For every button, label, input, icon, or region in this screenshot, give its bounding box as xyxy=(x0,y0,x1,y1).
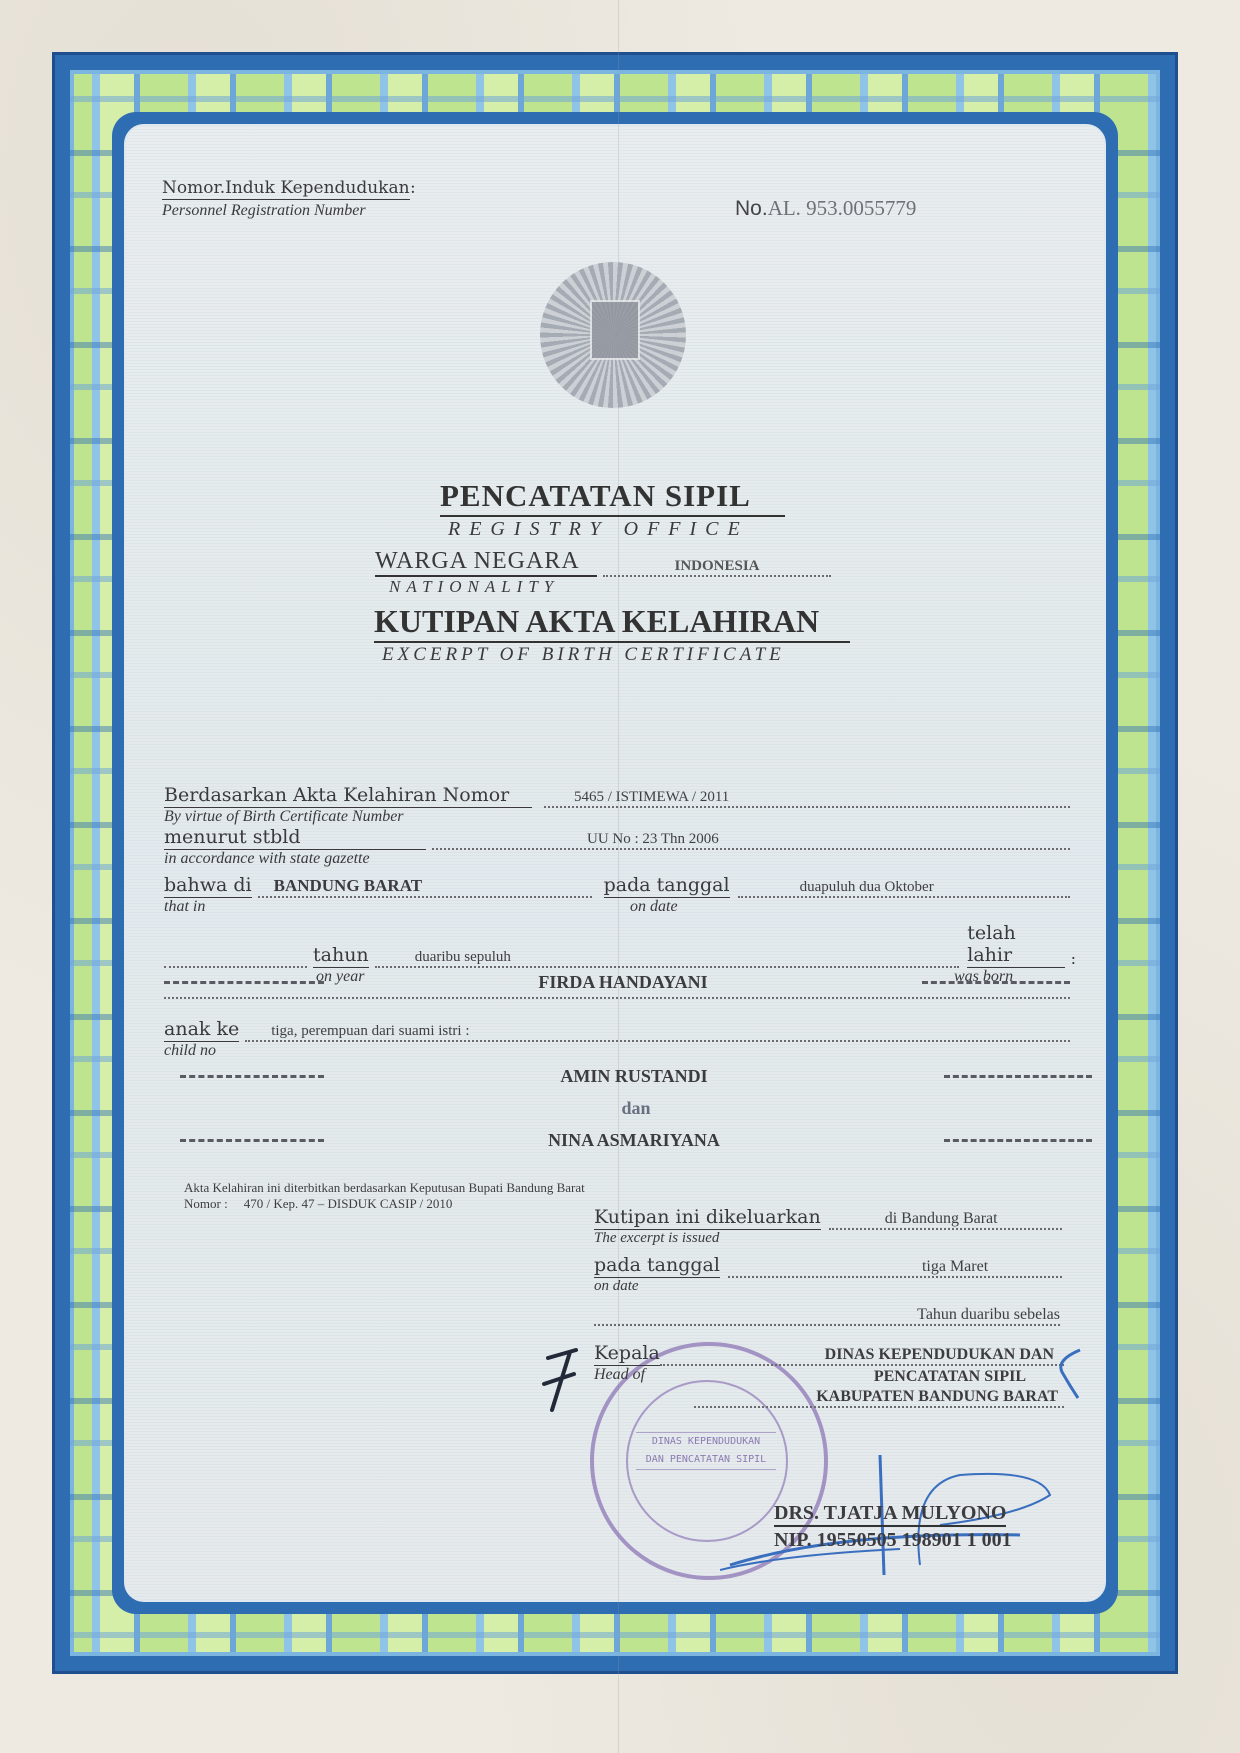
decree-line1: Akta Kelahiran ini diterbitkan berdasark… xyxy=(184,1180,585,1196)
head-of-row: Kepala DINAS KEPENDUDUKAN DAN Head of PE… xyxy=(594,1342,1064,1408)
nationality-row: WARGA NEGARA INDONESIA NATIONALITY xyxy=(375,548,831,597)
office-line1: DINAS KEPENDUDUKAN DAN xyxy=(825,1346,1054,1363)
nik-label-id: Nomor.Induk Kependudukan xyxy=(162,178,410,200)
official-block: DRS. TJATJA MULYONO NIP. 19550505 198901… xyxy=(774,1502,1012,1552)
place-label-en: that in xyxy=(164,898,630,916)
place-value: BANDUNG BARAT xyxy=(274,876,422,895)
head-label-id: Kepala xyxy=(594,1342,660,1366)
year-value: duaribu sepuluh xyxy=(415,949,511,965)
field-child-no: anak ke tiga, perempuan dari suami istri… xyxy=(164,1018,1070,1060)
birth-date-value: duapuluh dua Oktober xyxy=(800,879,934,895)
office-title-id: PENCATATAN SIPIL xyxy=(440,478,785,517)
issued-place: di Bandung Barat xyxy=(885,1210,998,1227)
child-no-label-id: anak ke xyxy=(164,1018,239,1042)
nationality-value: INDONESIA xyxy=(674,558,759,574)
conjunction-row: dan xyxy=(180,1098,1092,1119)
issued-year-value: Tahun duaribu sebelas xyxy=(917,1306,1060,1323)
serial-number: No.AL. 953.0055779 xyxy=(735,196,916,221)
nik-label: Nomor.Induk Kependudukan: Personnel Regi… xyxy=(162,178,416,220)
child-name: FIRDA HANDAYANI xyxy=(538,972,707,992)
blue-check-mark-icon xyxy=(1052,1346,1086,1410)
issued-date-value: tiga Maret xyxy=(922,1258,988,1275)
year-label-id: tahun xyxy=(313,944,369,968)
place-label-id: bahwa di xyxy=(164,874,252,898)
official-nip: NIP. 19550505 198901 1 001 xyxy=(774,1529,1012,1552)
issued-date-row: pada tanggal tiga Maret on date xyxy=(594,1254,1062,1295)
nationality-label-en: NATIONALITY xyxy=(389,577,831,597)
child-name-row: FIRDA HANDAYANI xyxy=(164,972,1070,999)
mother-row: NINA ASMARIYANA xyxy=(180,1130,1092,1151)
issued-date-label-id: pada tanggal xyxy=(594,1254,720,1278)
serial-prefix: No. xyxy=(735,197,768,220)
field-cert-number: Berdasarkan Akta Kelahiran Nomor 5465 / … xyxy=(164,784,1070,826)
garuda-shield-icon xyxy=(590,300,640,360)
gazette-label-en: in accordance with state gazette xyxy=(164,850,1070,868)
birth-date-label-en: on date xyxy=(630,898,678,916)
office-line3: KABUPATEN BANDUNG BARAT xyxy=(816,1388,1058,1405)
child-no-value: tiga, perempuan dari suami istri : xyxy=(271,1023,469,1039)
issued-year-row: Tahun duaribu sebelas xyxy=(594,1304,1060,1326)
serial-value: AL. 953.0055779 xyxy=(768,196,917,220)
field-place-date: bahwa di BANDUNG BARAT pada tanggal duap… xyxy=(164,874,1070,916)
document-title-id: KUTIPAN AKTA KELAHIRAN xyxy=(374,603,850,643)
birth-date-label-id: pada tanggal xyxy=(604,874,730,898)
office-title-en: REGISTRY OFFICE xyxy=(440,518,785,541)
issued-place-row: Kutipan ini dikeluarkan di Bandung Barat… xyxy=(594,1206,1062,1247)
official-name: DRS. TJATJA MULYONO xyxy=(774,1502,1006,1527)
cert-number-label-en: By virtue of Birth Certificate Number xyxy=(164,808,1070,826)
decree-number-label: Nomor : xyxy=(184,1196,228,1211)
issued-date-label-en: on date xyxy=(594,1278,1062,1295)
gazette-label-id: menurut stbld xyxy=(164,826,426,850)
field-gazette: menurut stbld UU No : 23 Thn 2006 in acc… xyxy=(164,826,1070,868)
initial-mark-icon xyxy=(540,1340,580,1424)
cert-number-label-id: Berdasarkan Akta Kelahiran Nomor xyxy=(164,784,532,808)
document-title-en: EXCERPT OF BIRTH CERTIFICATE xyxy=(374,644,850,666)
father-name: AMIN RUSTANDI xyxy=(560,1066,707,1086)
cert-number-value: 5465 / ISTIMEWA / 2011 xyxy=(574,789,729,805)
decree-note: Akta Kelahiran ini diterbitkan berdasark… xyxy=(184,1180,585,1212)
decree-number-value: 470 / Kep. 47 – DISDUK CASIP / 2010 xyxy=(244,1196,453,1211)
father-row: AMIN RUSTANDI xyxy=(180,1066,1092,1087)
gazette-value: UU No : 23 Thn 2006 xyxy=(587,831,719,847)
mother-name: NINA ASMARIYANA xyxy=(548,1130,720,1150)
office-line2: PENCATATAN SIPIL xyxy=(874,1368,1026,1385)
issued-label-id: Kutipan ini dikeluarkan xyxy=(594,1206,821,1230)
born-label-id: telah lahir xyxy=(967,922,1064,968)
nik-label-en: Personnel Registration Number xyxy=(162,202,416,220)
issued-label-en: The excerpt is issued xyxy=(594,1230,1062,1247)
office-title: PENCATATAN SIPIL REGISTRY OFFICE xyxy=(440,478,785,541)
child-no-label-en: child no xyxy=(164,1042,1070,1060)
document-title: KUTIPAN AKTA KELAHIRAN EXCERPT OF BIRTH … xyxy=(374,603,850,666)
conjunction-text: dan xyxy=(621,1098,650,1118)
head-label-en: Head of xyxy=(594,1366,714,1386)
nationality-label-id: WARGA NEGARA xyxy=(375,548,597,577)
